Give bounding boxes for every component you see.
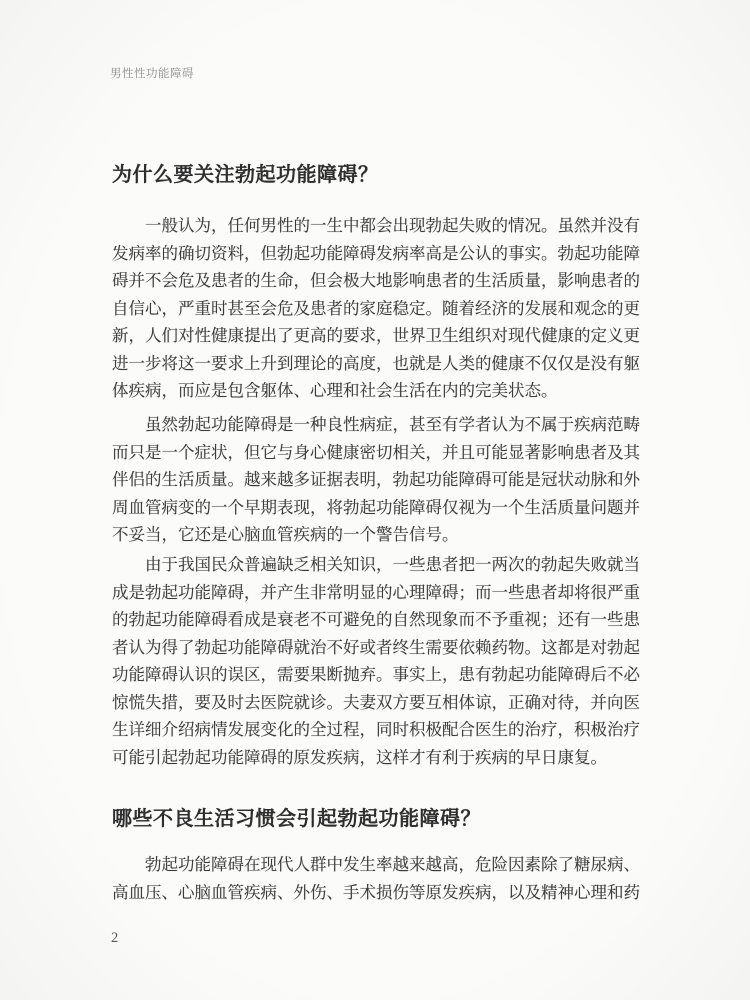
book-page: 男性性功能障碍 为什么要关注勃起功能障碍？ 一般认为，任何男性的一生中都会出现勃…: [0, 0, 750, 1000]
page-number: 2: [111, 929, 118, 948]
section-heading-bad-habits-causing-ed: 哪些不良生活习惯会引起勃起功能障碍？: [112, 804, 672, 832]
body-paragraph: 虽然勃起功能障碍是一种良性病症，甚至有学者认为不属于疾病范畴而只是一个症状，但它…: [112, 411, 640, 549]
section-heading-why-care-about-ed: 为什么要关注勃起功能障碍？: [112, 160, 672, 188]
running-header: 男性性功能障碍: [110, 66, 194, 82]
body-paragraph: 一般认为，任何男性的一生中都会出现勃起失败的情况。虽然并没有发病率的确切资料，但…: [112, 212, 640, 405]
body-paragraph: 勃起功能障碍在现代人群中发生率越来越高，危险因素除了糖尿病、高血压、心脑血管疾病…: [112, 851, 640, 906]
body-paragraph: 由于我国民众普遍缺乏相关知识，一些患者把一两次的勃起失败就当成是勃起功能障碍，并…: [112, 551, 640, 771]
